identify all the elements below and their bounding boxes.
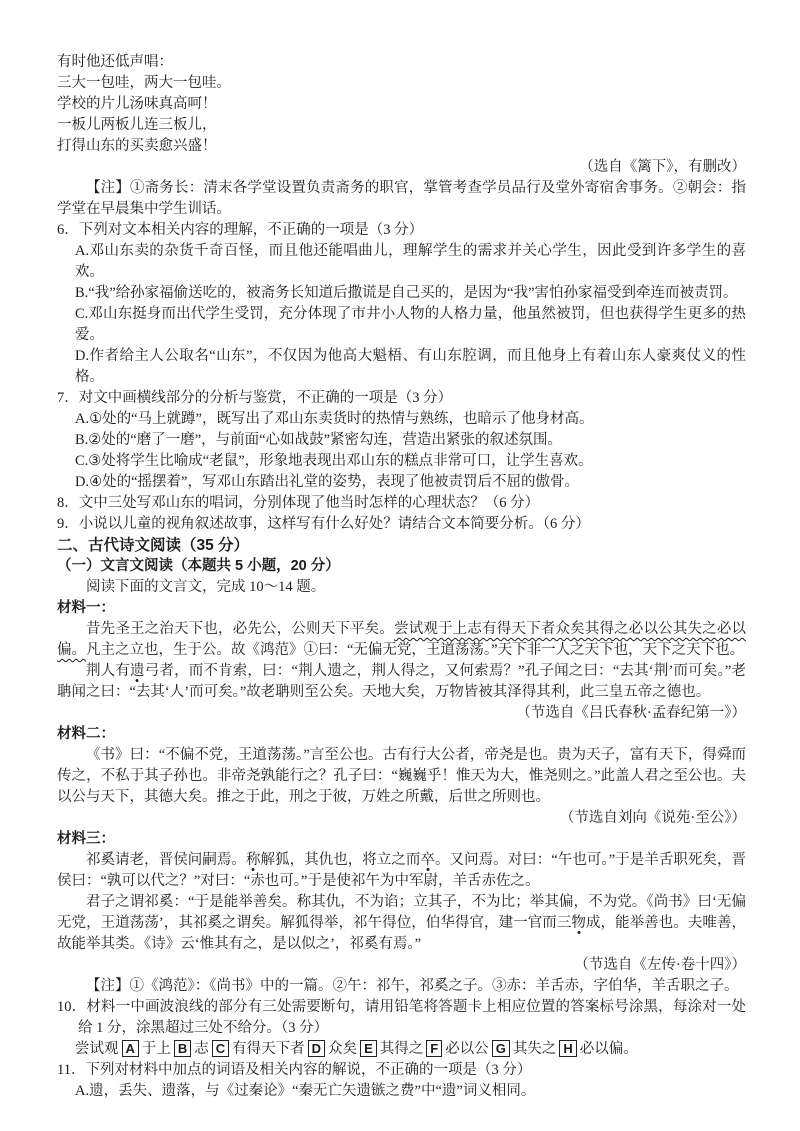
section-heading-2: 二、古代诗文阅读（35 分） bbox=[57, 535, 746, 556]
answer-label-box: E bbox=[360, 1040, 377, 1057]
text-segment: 必以偏。 bbox=[580, 1041, 638, 1057]
material-3-paragraph-2: 君子之谓祁奚：“于是能举善矣。称其仇，不为谄；立其子，不为比；举其偏，不为党。《… bbox=[57, 892, 746, 955]
question-7-option-c: C.③处将学生比喻成“老鼠”，形象地表现出邓山东的糕点非常可口，让学生喜欢。 bbox=[57, 451, 746, 472]
text-segment: D.④处的“摇摆着”，写邓山东踏出礼堂的姿势，表现了他被责罚后不屈的傲骨。 bbox=[75, 474, 579, 490]
question-7-option-a: A.①处的“马上就蹲”，既写出了邓山东卖货时的热情与熟练，也暗示了他身材高。 bbox=[57, 409, 746, 430]
dotted-word: 称 bbox=[246, 852, 261, 868]
text-segment: B.“我”给孙家福偷送吃的，被斋务长知道后撒谎是自己买的，是因为“我”害怕孙家福… bbox=[75, 285, 738, 301]
answer-label-box: D bbox=[308, 1040, 325, 1057]
text-segment: 昔先圣王之治天下也，必先公，公则天下平矣。 bbox=[86, 621, 394, 637]
text-segment: 【注】①斋务长：清末各学堂设置负责斋务的职官，掌管考查学员品行及堂外寄宿舍事务。… bbox=[57, 180, 746, 217]
text-segment: 学校的片儿汤味真高呵！ bbox=[57, 96, 217, 112]
note-classical-text: 【注】①《鸿范》：《尚书》中的一篇。②午：祁午，祁奚之子。③赤：羊舌赤，字伯华，… bbox=[57, 976, 746, 997]
text-segment: （一）文言文阅读（本题共 5 小题，20 分） bbox=[57, 558, 340, 574]
text-segment: 【注】①《鸿范》：《尚书》中的一篇。②午：祁午，祁奚之子。③赤：羊舌赤，字伯华，… bbox=[86, 978, 739, 994]
material-2-label: 材料二： bbox=[57, 724, 746, 745]
answer-label-box: G bbox=[492, 1040, 510, 1057]
question-6-option-a: A.邓山东卖的杂货千奇百怪，而且他还能唱曲儿，理解学生的需求并关心学生，因此受到… bbox=[57, 241, 746, 283]
question-7-option-d: D.④处的“摇摆着”，写邓山东踏出礼堂的姿势，表现了他被责罚后不屈的傲骨。 bbox=[57, 472, 746, 493]
text-segment: 于上 bbox=[142, 1041, 171, 1057]
text-segment: 凡主之立也，生于公。故《鸿范》①曰：“无偏无党，王道荡荡。”天下非一人之天下也，… bbox=[86, 642, 744, 658]
question-8-stem: 8．文中三处写邓山东的唱词，分别体现了他当时怎样的心理状态？（6 分） bbox=[57, 493, 746, 514]
text-segment: 11．下列对材料中加点的词语及相关内容的解说，不正确的一项是（3 分） bbox=[57, 1062, 531, 1078]
dotted-word: 卒 bbox=[420, 852, 435, 868]
question-6-option-c: C.邓山东挺身而出代学生受罚，充分体现了市井小人物的人格力量，他虽然被罚，但也获… bbox=[57, 304, 746, 346]
text-segment: 阅读下面的文言文，完成 10～14 题。 bbox=[86, 579, 325, 595]
source-attribution-lixia: （选自《篱下》，有删改） bbox=[57, 157, 746, 178]
text-segment: 弓者，而不肯索，曰：“荆人遗之，荆人得之，又何索焉？”孔子闻之曰：“去其‘荆’而… bbox=[57, 663, 746, 700]
text-segment: 材料三： bbox=[57, 831, 115, 847]
question-6-stem: 6．下列对文本相关内容的理解，不正确的一项是（3 分） bbox=[57, 220, 746, 241]
text-segment: 众矣 bbox=[328, 1041, 357, 1057]
answer-label-box: H bbox=[559, 1040, 576, 1057]
text-segment: 尝试观 bbox=[75, 1041, 119, 1057]
question-11-stem: 11．下列对材料中加点的词语及相关内容的解说，不正确的一项是（3 分） bbox=[57, 1060, 746, 1081]
reading-instruction: 阅读下面的文言文，完成 10～14 题。 bbox=[57, 577, 746, 598]
text-segment: A.①处的“马上就蹲”，既写出了邓山东卖货时的热情与熟练，也暗示了他身材高。 bbox=[75, 411, 593, 427]
text-segment: 有时他还低声唱： bbox=[57, 54, 173, 70]
exam-page: 有时他还低声唱：三大一包哇，两大一包哇。学校的片儿汤味真高呵！一板儿两板儿连三板… bbox=[0, 0, 800, 1131]
question-9-stem: 9．小说以儿童的视角叙述故事，这样写有什么好处？请结合文本简要分析。（6 分） bbox=[57, 514, 746, 535]
question-11-option-a: A.遗，丢失、遗落，与《过秦论》“秦无亡矢遗镞之费”中“遗”词义相同。 bbox=[57, 1081, 746, 1102]
material-3-label: 材料三： bbox=[57, 829, 746, 850]
material-2-paragraph: 《书》曰：“不偏不党，王道荡荡。”言至公也。古有行大公者，帝尧是也。贵为天子，富… bbox=[57, 745, 746, 808]
text-segment: 必以公 bbox=[445, 1041, 489, 1057]
text-segment: 志 bbox=[194, 1041, 209, 1057]
source-attribution-shuoyuan: （节选自刘向《说苑·至公》） bbox=[57, 808, 746, 829]
text-segment: 8．文中三处写邓山东的唱词，分别体现了他当时怎样的心理状态？（6 分） bbox=[57, 495, 539, 511]
text-segment: B.②处的“磨了一磨”，与前面“心如战鼓”紧密勾连，营造出紧张的叙述氛围。 bbox=[75, 432, 562, 448]
text-segment: 荆人有 bbox=[86, 663, 130, 679]
poem-line-5: 打得山东的买卖愈兴盛！ bbox=[57, 136, 746, 157]
text-segment: 6．下列对文本相关内容的理解，不正确的一项是（3 分） bbox=[57, 222, 423, 238]
material-1-paragraph-2: 荆人有遗弓者，而不肯索，曰：“荆人遗之，荆人得之，又何索焉？”孔子闻之曰：“去其… bbox=[57, 661, 746, 703]
text-segment: 解狐，其仇也，将立之而 bbox=[261, 852, 421, 868]
text-segment: A.邓山东卖的杂货千奇百怪，而且他还能唱曲儿，理解学生的需求并关心学生，因此受到… bbox=[75, 243, 746, 280]
source-attribution-zuozhuan: （节选自《左传·卷十四》） bbox=[57, 955, 746, 976]
text-segment: （节选自《左传·卷十四》） bbox=[574, 957, 746, 973]
text-segment: 祁奚请老，晋侯问嗣焉。 bbox=[86, 852, 246, 868]
question-6-option-b: B.“我”给孙家福偷送吃的，被斋务长知道后撒谎是自己买的，是因为“我”害怕孙家福… bbox=[57, 283, 746, 304]
answer-label-box: C bbox=[212, 1040, 229, 1057]
poem-line-2: 三大一包哇，两大一包哇。 bbox=[57, 73, 746, 94]
text-segment: 材料二： bbox=[57, 726, 115, 742]
text-segment: （节选自刘向《说苑·至公》） bbox=[560, 810, 746, 826]
text-segment: 有得天下者 bbox=[232, 1041, 305, 1057]
text-segment: 打得山东的买卖愈兴盛！ bbox=[57, 138, 217, 154]
material-3-paragraph-1: 祁奚请老，晋侯问嗣焉。称解狐，其仇也，将立之而卒。又问焉。对曰：“午也可。”于是… bbox=[57, 850, 746, 892]
text-segment: （选自《篱下》，有删改） bbox=[579, 159, 746, 175]
poem-line-1: 有时他还低声唱： bbox=[57, 52, 746, 73]
text-segment: 10．材料一中画波浪线的部分有三处需要断句，请用铅笔将答题卡上相应位置的答案标号… bbox=[57, 999, 746, 1036]
text-segment: 9．小说以儿童的视角叙述故事，这样写有什么好处？请结合文本简要分析。（6 分） bbox=[57, 516, 590, 532]
text-segment: 二、古代诗文阅读（35 分） bbox=[57, 537, 249, 554]
text-segment: 7．对文中画横线部分的分析与鉴赏，不正确的一项是（3 分） bbox=[57, 390, 452, 406]
question-7-stem: 7．对文中画横线部分的分析与鉴赏，不正确的一项是（3 分） bbox=[57, 388, 746, 409]
question-7-option-b: B.②处的“磨了一磨”，与前面“心如战鼓”紧密勾连，营造出紧张的叙述氛围。 bbox=[57, 430, 746, 451]
text-segment: 其失之 bbox=[513, 1041, 557, 1057]
question-10-stem: 10．材料一中画波浪线的部分有三处需要断句，请用铅笔将答题卡上相应位置的答案标号… bbox=[57, 997, 746, 1039]
poem-line-3: 学校的片儿汤味真高呵！ bbox=[57, 94, 746, 115]
text-segment: 其得之 bbox=[380, 1041, 424, 1057]
text-segment: C.③处将学生比喻成“老鼠”，形象地表现出邓山东的糕点非常可口，让学生喜欢。 bbox=[75, 453, 593, 469]
subsection-heading-wenyanwen: （一）文言文阅读（本题共 5 小题，20 分） bbox=[57, 556, 746, 577]
answer-label-box: A bbox=[122, 1040, 139, 1057]
text-segment: A.遗，丢失、遗落，与《过秦论》“秦无亡矢遗镞之费”中“遗”词义相同。 bbox=[75, 1083, 535, 1099]
text-segment: C.邓山东挺身而出代学生受罚，充分体现了市井小人物的人格力量，他虽然被罚，但也获… bbox=[75, 306, 746, 343]
answer-label-box: B bbox=[174, 1040, 191, 1057]
text-segment: 材料一： bbox=[57, 600, 115, 616]
text-segment: （节选自《吕氏春秋·孟春纪第一》） bbox=[516, 705, 746, 721]
text-segment: 三大一包哇，两大一包哇。 bbox=[57, 75, 231, 91]
source-attribution-lvshichunqiu: （节选自《吕氏春秋·孟春纪第一》） bbox=[57, 703, 746, 724]
question-6-option-d: D.作者给主人公取名“山东”，不仅因为他高大魁梧、有山东腔调，而且他身上有着山东… bbox=[57, 346, 746, 388]
answer-label-box: F bbox=[426, 1040, 442, 1057]
dotted-word: 物 bbox=[571, 915, 586, 931]
material-1-paragraph-1: 昔先圣王之治天下也，必先公，公则天下平矣。尝试观于上志有得天下者众矣其得之必以公… bbox=[57, 619, 746, 661]
note-modern-text: 【注】①斋务长：清末各学堂设置负责斋务的职官，掌管考查学员品行及堂外寄宿舍事务。… bbox=[57, 178, 746, 220]
material-1-label: 材料一： bbox=[57, 598, 746, 619]
poem-line-4: 一板儿两板儿连三板儿， bbox=[57, 115, 746, 136]
question-10-sentence-break-line: 尝试观A于上B志C有得天下者D众矣E其得之F必以公G其失之H必以偏。 bbox=[57, 1039, 746, 1060]
text-segment: D.作者给主人公取名“山东”，不仅因为他高大魁梧、有山东腔调，而且他身上有着山东… bbox=[75, 348, 746, 385]
text-segment: 一板儿两板儿连三板儿， bbox=[57, 117, 217, 133]
dotted-word: 遗 bbox=[130, 663, 145, 679]
text-segment: 《书》曰：“不偏不党，王道荡荡。”言至公也。古有行大公者，帝尧是也。贵为天子，富… bbox=[57, 747, 746, 805]
